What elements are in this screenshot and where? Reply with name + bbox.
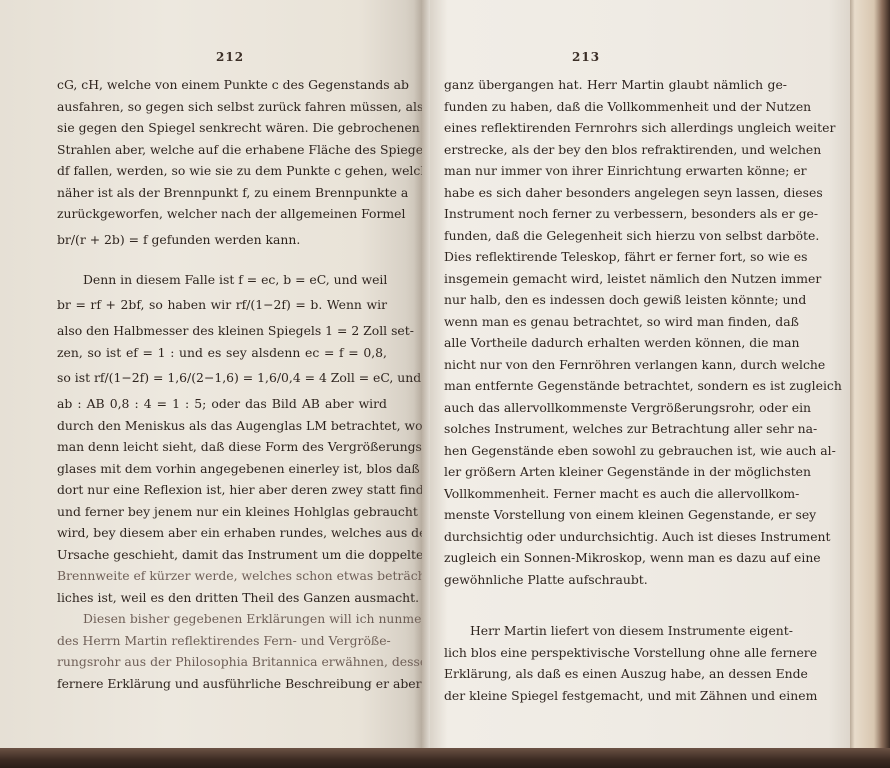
text-line: lich blos eine perspektivische Vorstellu… (444, 642, 787, 664)
text-line: gewöhnliche Platte aufschraubt. (444, 569, 787, 591)
text-line: liches ist, weil es den dritten Theil de… (57, 587, 387, 609)
left-page-text: cG, cH, welche von einem Punkte c des Ge… (57, 74, 387, 694)
text-line: und ferner bey jenem nur ein kleines Hoh… (57, 501, 387, 523)
text-line: eines reflektirenden Fernrohrs sich alle… (444, 117, 787, 139)
text-line: der kleine Spiegel festgemacht, und mit … (444, 685, 787, 707)
text-line: solches Instrument, welches zur Betracht… (444, 418, 787, 440)
text-line: Ursache geschieht, damit das Instrument … (57, 544, 387, 566)
text-line: glases mit dem vorhin angegebenen einerl… (57, 458, 387, 480)
text-line: funden zu haben, daß die Vollkommenheit … (444, 96, 787, 118)
text-line: durchsichtig oder undurchsichtig. Auch i… (444, 526, 787, 548)
text-line: man nur immer von ihrer Einrichtung erwa… (444, 160, 787, 182)
text-line: Brennweite ef kürzer werde, welches scho… (57, 565, 387, 587)
text-line: durch den Meniskus als das Augenglas LM … (57, 415, 387, 437)
book-spread: 212 cG, cH, welche von einem Punkte c de… (0, 0, 890, 750)
text-line: Instrument noch ferner zu verbessern, be… (444, 203, 787, 225)
text-line: cG, cH, welche von einem Punkte c des Ge… (57, 74, 387, 96)
text-line: hen Gegenstände eben sowohl zu gebrauche… (444, 440, 787, 462)
page-number-right: 213 (572, 50, 600, 64)
text-line: des Herrn Martin reflektirendes Fern- un… (57, 630, 387, 652)
text-line: Strahlen aber, welche auf die erhabene F… (57, 139, 387, 161)
formula-line: so ist rf/(1−2f) = 1,6/(2−1,6) = 1,6/0,4… (57, 363, 387, 393)
text-line: man entfernte Gegenstände betrachtet, so… (444, 375, 787, 397)
text-line: man denn leicht sieht, daß diese Form de… (57, 436, 387, 458)
text-line: rungsrohr aus der Philosophia Britannica… (57, 651, 387, 673)
text-line: wenn man es genau betrachtet, so wird ma… (444, 311, 787, 333)
text-line: zen, so ist ef = 1 : und es sey alsdenn … (57, 342, 387, 364)
text-line: also den Halbmesser des kleinen Spiegels… (57, 320, 387, 342)
text-line: erstrecke, als der bey den blos refrakti… (444, 139, 787, 161)
formula-line: br = rf + 2bf, so haben wir rf/(1−2f) = … (57, 290, 387, 320)
left-page: 212 cG, cH, welche von einem Punkte c de… (0, 0, 422, 750)
text-line: Diesen bisher gegebenen Erklärungen will… (57, 608, 387, 630)
page-number-left: 212 (216, 50, 244, 64)
text-line: alle Vortheile dadurch erhalten werden k… (444, 332, 787, 354)
text-line: dort nur eine Reflexion ist, hier aber d… (57, 479, 387, 501)
text-line: Vollkommenheit. Ferner macht es auch die… (444, 483, 787, 505)
paragraph-gap (444, 590, 787, 620)
text-line: ler größern Arten kleiner Gegenstände in… (444, 461, 787, 483)
text-line: fernere Erklärung und ausführliche Besch… (57, 673, 387, 695)
text-line: ganz übergangen hat. Herr Martin glaubt … (444, 74, 787, 96)
text-line: sie gegen den Spiegel senkrecht wären. D… (57, 117, 387, 139)
book-edge-stack (850, 0, 890, 768)
text-line: wird, bey diesem aber ein erhaben rundes… (57, 522, 387, 544)
text-line: ausfahren, so gegen sich selbst zurück f… (57, 96, 387, 118)
right-page: 213 ganz übergangen hat. Herr Martin gla… (422, 0, 850, 750)
text-line: insgemein gemacht wird, leistet nämlich … (444, 268, 787, 290)
text-line: menste Vorstellung von einem kleinen Geg… (444, 504, 787, 526)
text-line: habe es sich daher besonders angelegen s… (444, 182, 787, 204)
text-line: ab : AB 0,8 : 4 = 1 : 5; oder das Bild A… (57, 393, 387, 415)
right-page-text: ganz übergangen hat. Herr Martin glaubt … (444, 74, 787, 706)
text-line: nicht nur von den Fernröhren verlangen k… (444, 354, 787, 376)
text-line: näher ist als der Brennpunkt f, zu einem… (57, 182, 387, 204)
text-line: zugleich ein Sonnen-Mikroskop, wenn man … (444, 547, 787, 569)
text-line: zurückgeworfen, welcher nach der allgeme… (57, 203, 387, 225)
formula-line: br/(r + 2b) = f gefunden werden kann. (57, 225, 387, 255)
text-line: Erklärung, als daß es einen Auszug habe,… (444, 663, 787, 685)
book-gutter (414, 0, 430, 750)
text-line: Herr Martin liefert von diesem Instrumen… (444, 620, 787, 642)
bottom-shadow (0, 748, 890, 768)
text-line: nur halb, den es indessen doch gewiß lei… (444, 289, 787, 311)
paragraph-gap (57, 255, 387, 269)
text-line: Denn in diesem Falle ist f = ec, b = eC,… (57, 269, 387, 291)
text-line: Dies reflektirende Teleskop, fährt er fe… (444, 246, 787, 268)
text-line: auch das allervollkommenste Vergrößerung… (444, 397, 787, 419)
text-line: funden, daß die Gelegenheit sich hierzu … (444, 225, 787, 247)
text-line: df fallen, werden, so wie sie zu dem Pun… (57, 160, 387, 182)
